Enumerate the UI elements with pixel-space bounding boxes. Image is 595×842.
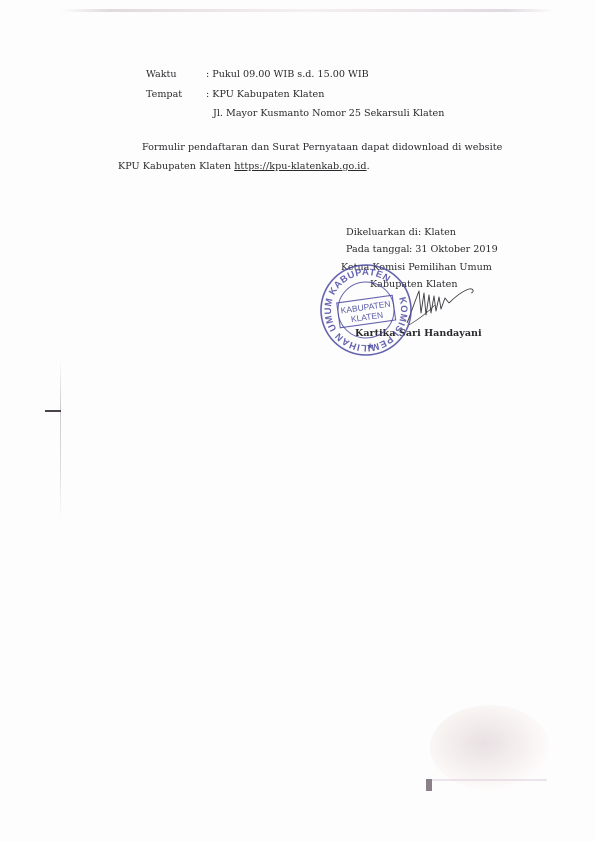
scan-margin-mark	[45, 410, 61, 412]
notice-line-2: KPU Kabupaten Klaten https://kpu-klatenk…	[118, 161, 370, 172]
notice-line-1: Formulir pendaftaran dan Surat Pernyataa…	[142, 142, 502, 153]
place-value: : KPU Kabupaten Klaten	[206, 89, 324, 100]
scan-bottom-line	[432, 779, 547, 781]
date-value: : 31 Oktober 2019	[409, 244, 498, 255]
scan-fold-line	[60, 360, 61, 520]
address: Jl. Mayor Kusmanto Nomor 25 Sekarsuli Kl…	[213, 108, 444, 119]
notice-suffix: .	[367, 161, 370, 172]
place-label: Tempat	[146, 89, 182, 100]
time-label: Waktu	[146, 69, 177, 80]
time-value: : Pukul 09.00 WIB s.d. 15.00 WIB	[206, 69, 369, 80]
website-link[interactable]: https://kpu-klatenkab.go.id	[234, 161, 366, 172]
issued-at-label: Dikeluarkan di	[346, 227, 418, 238]
scan-top-edge	[60, 9, 555, 12]
stamp-star-icon: ★	[366, 342, 374, 352]
issued-at-value: : Klaten	[418, 227, 456, 238]
notice-prefix: KPU Kabupaten Klaten	[118, 161, 234, 172]
scan-smudge	[430, 705, 550, 790]
date-label: Pada tanggal	[346, 244, 409, 255]
signature-icon	[405, 283, 480, 328]
official-stamp-icon: KOMISI PEMILIHAN UMUM KABUPATEN KABUPATE…	[318, 262, 414, 358]
